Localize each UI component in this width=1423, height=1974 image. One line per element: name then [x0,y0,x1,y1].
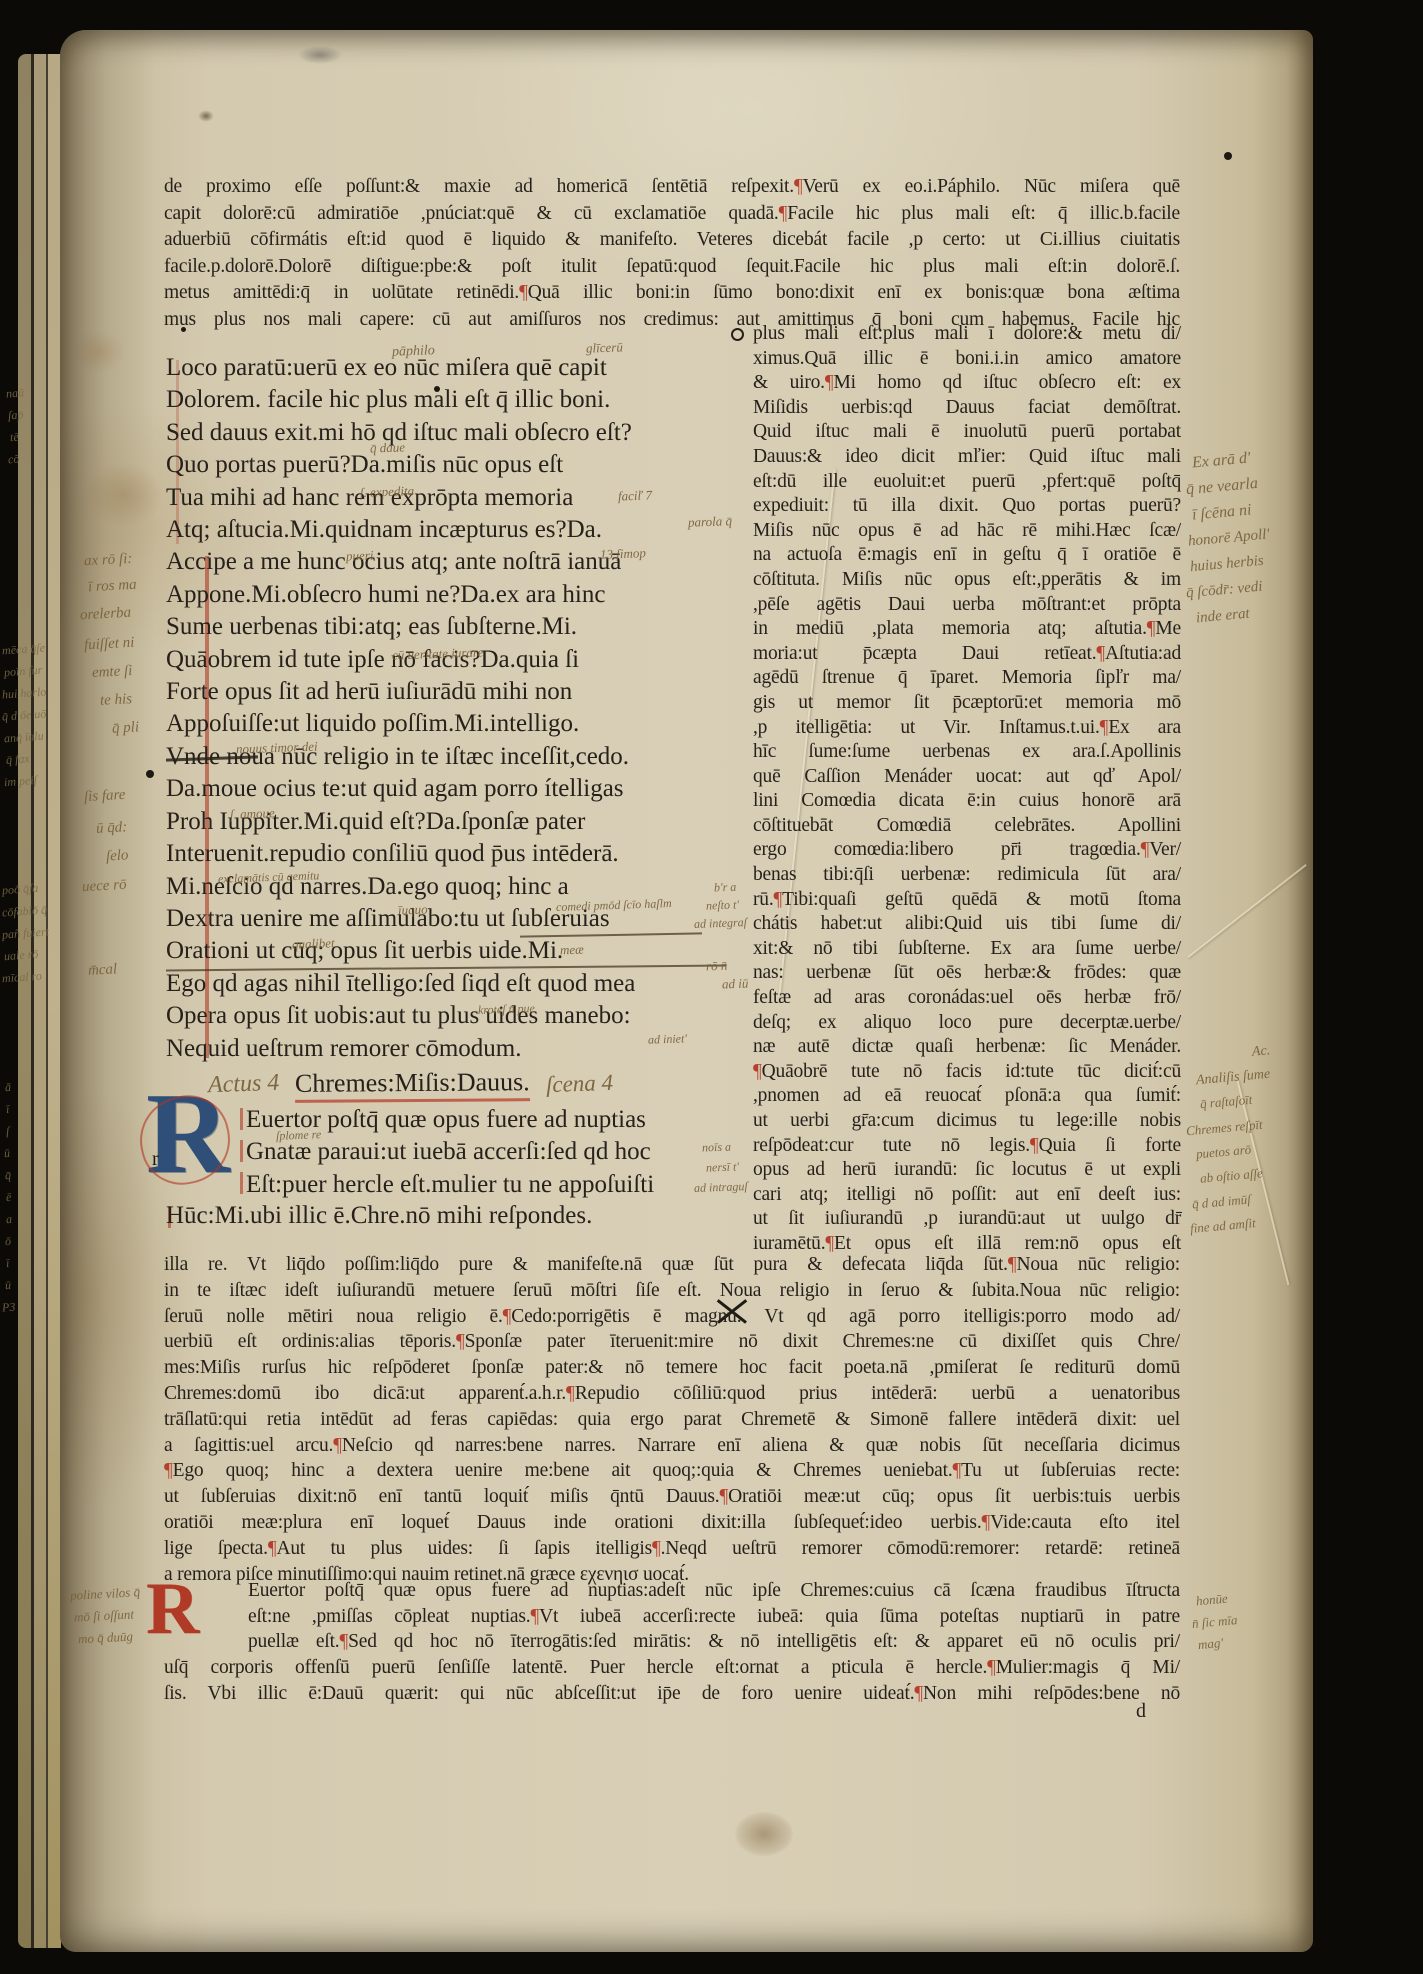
red-capital-stroke [240,1140,243,1162]
edge-gloss: P3 [1,1300,15,1316]
text-line: oratiōi meæ:plura enī loquet́ Dauus inde… [164,1510,1180,1536]
text-line: ,pnomen ad eā reuocat́ pſonā:a qua ſumit… [753,1084,1181,1109]
commentary-bottom-block: illa re. Vt liq̄do poſſim:liq̄do pure & … [164,1252,1180,1587]
text-line: uerbiū eſt ordinis:alias tēporis.¶Sponſæ… [164,1329,1180,1355]
margin-gloss: ſelo [106,847,129,865]
edge-gloss: tē [9,430,19,446]
interlinear-gloss: qualibet [292,935,335,952]
verse-line: Dolorem. facile hic plus mali eſt q̄ ill… [166,384,711,416]
margin-gloss: orelerba [80,605,132,625]
text-line: ſis. Vbi illic ē:Dauū quærit: qui nūc ab… [164,1681,1180,1707]
pilcrow-mark: ¶ [268,1538,277,1559]
edge-gloss: ō [4,1234,11,1249]
text-line: de proximo eſſe poſſunt:& maxie ad homer… [164,174,1180,201]
terence-verse-lastline: Hūc:Mi.ubi illic ē.Chre.nō mihi reſponde… [166,1200,592,1232]
interlinear-gloss: rō n̄ [706,958,728,975]
pilcrow-mark: ¶ [333,1435,342,1456]
edge-gloss: a [5,1212,12,1227]
verse-line: Appone.Mi.obſecro humi ne?Da.ex ara hinc [166,579,711,611]
edge-gloss: mīcal ro [2,969,43,987]
edge-gloss: q̄ fax [6,751,31,768]
edge-gloss: q̄ [4,1168,11,1183]
pilcrow-mark: ¶ [1008,1254,1017,1275]
text-line: eſt:dū ille euoluit:et puerū ,pfert:quē … [753,470,1181,495]
page-edge-strip [34,54,46,1948]
margin-gloss: ſis fare [84,787,126,806]
text-line: hīc ſume:ſume uerbenas ex ara.ſ.Apollini… [753,740,1181,765]
text-line: quē Caſſion Menáder uocat: aut qď Apol/ [753,765,1181,790]
verse-line: Atq; aſtucia.Mi.quidnam incæpturus es?Da… [166,514,711,546]
verse-line: Orationi ut cūq; opus ſit uerbis uide.Mi… [166,935,711,967]
interlinear-gloss: q̄ daue [370,439,406,456]
interlinear-gloss: nersī t' [706,1159,739,1175]
edge-gloss: mēca q̄ſe [2,641,46,659]
margin-gloss: emte ſi [92,663,133,682]
edge-gloss: cōfablō q̄ [2,902,48,920]
pilcrow-mark: ¶ [1096,643,1105,664]
edge-gloss: cō [7,452,19,468]
text-line: plus mali eſt:plus mali ī dolore:& metu … [753,322,1181,347]
red-capital-stroke [240,1172,243,1194]
edge-gloss: hui harlo [2,684,47,702]
margin-gloss: mag' [1197,1635,1223,1653]
pilcrow-mark: ¶ [652,1538,661,1559]
pilcrow-mark: ¶ [503,1306,512,1327]
interlinear-gloss: ad iū [722,976,749,993]
text-line: aduerbiū cōfirmátis eſt:id quod ē liquid… [164,227,1180,254]
verse-line: Appoſuiſſe:ut liquido poſſim.Mi.intellig… [166,708,711,740]
margin-gloss: ī ros ma [88,577,137,597]
text-line: xit:& nō tibi ſubſterne. Ex ara ſume uer… [753,937,1181,962]
catchword: d [1136,1700,1146,1723]
edge-gloss: ſap̄ [7,407,23,423]
final-paragraph-full: uſq̄ corporis offenſū puerū ſenſiſſe lat… [164,1655,1180,1706]
text-line: puellæ eſt.¶Sed qd hoc nō īterrogātis:ſe… [248,1629,1180,1655]
verse-line: Sume uerbenas tibi:atq; eas ſubſterne.Mi… [166,611,711,643]
text-line: & uiro.¶Mi homo qd iſtuc obſecro eſt: ex [753,371,1181,396]
pilcrow-mark: ¶ [779,203,788,224]
text-line: illa re. Vt liq̄do poſſim:liq̄do pure & … [164,1252,1180,1278]
edge-gloss: poō q̄ſa [2,881,39,898]
pilcrow-mark: ¶ [566,1383,575,1404]
pilcrow-mark: ¶ [914,1683,923,1704]
text-line: næ autē dictæ quaſi herbenæ: ſic Menáder… [753,1035,1181,1060]
commentary-top-block: de proximo eſſe poſſunt:& maxie ad homer… [164,174,1180,334]
rubricated-initial-red: R [146,1576,199,1643]
interlinear-gloss: kroteſ n̄ pue [478,1001,535,1018]
text-line: cōſtituebāt Comœdiā celebrātes. Apollini [753,814,1181,839]
text-line: facile.p.dolorē.Dolorē diſtigue:pbe:& po… [164,254,1180,281]
text-line: Chremes:domū ibo dicā:ut apparent́.a.h.r… [164,1381,1180,1407]
pilcrow-mark: ¶ [774,889,783,910]
interlinear-gloss: ad iniet' [648,1031,687,1047]
interlinear-gloss: noīs a [702,1139,732,1155]
text-line: ¶Quāobrē tute nō facis id:tute tūc dicit… [753,1060,1181,1085]
margin-gloss: fuiſſet ni [84,635,135,655]
red-capital-stroke [240,1108,243,1130]
text-line: a ſagittis:uel arcu.¶Neſcio qd narres:be… [164,1433,1180,1459]
interlinear-gloss: cū ueritate iurare [392,644,484,663]
final-paragraph-indented: Euertor poſtq̄ quæ opus fuere ad nuptias… [248,1578,1180,1655]
margin-gloss: ū q̄d: [96,819,128,838]
edge-gloss: poīn fur [4,663,43,681]
text-line: ut ſit iuſiurandū ,p iurandū:aut ut uulg… [753,1207,1181,1232]
interlinear-gloss: b'r a [714,880,737,896]
text-line: chátis habet:ut alibi:Quid uis tibi ſume… [753,912,1181,937]
pilcrow-mark: ¶ [953,1460,962,1481]
margin-gloss: te his [100,691,133,710]
edge-gloss: im peiſ [4,773,38,790]
margin-gloss: m̄cal [88,961,118,980]
margin-gloss: honūe [1195,1591,1228,1610]
ink-dot [1224,152,1232,160]
text-line: Miſidis uerbis:qd Dauus faciat demōſtrat… [753,396,1181,421]
text-line: Miſis nūc opus ē ad hāc rē mihi.Hæc ſcæ/ [753,519,1181,544]
text-line: gis ut memor ſit p̄cæptorū:et memoria mō [753,691,1181,716]
terence-verse-indented: Euertor poſtq̄ quæ opus fuere ad nuptias… [246,1104,726,1201]
pilcrow-mark: ¶ [987,1657,996,1678]
interlinear-gloss: ſplome re [276,1127,322,1144]
text-line: feſtæ ad aras coronádas:uel oēs herbæ fr… [753,986,1181,1011]
edge-gloss: uale rō [4,947,39,964]
pilcrow-mark: ¶ [794,176,803,197]
verse-line: Sed dauus exit.mi hō qd iſtuc mali obſec… [166,417,711,449]
text-line: lini Comœdia dicata ē:in cuius honorē ar… [753,789,1181,814]
margin-gloss: q̄ pli [112,719,140,737]
interlinear-gloss: glīcerū [586,339,623,356]
pilcrow-mark: ¶ [982,1512,991,1533]
text-line: capit dolorē:cū admiratiōe ,pnúciat:quē … [164,201,1180,228]
interlinear-gloss: faciľ 7 [618,487,653,504]
pilcrow-mark: ¶ [530,1606,539,1627]
commentary-right-column: plus mali eſt:plus mali ī dolore:& metu … [753,322,1181,1257]
pilcrow-mark: ¶ [1100,717,1109,738]
edge-gloss: ī [5,1256,9,1271]
pilcrow-mark: ¶ [825,372,834,393]
interlinear-gloss: ad integraſ [694,915,747,932]
interlinear-gloss: ſ. amoue [230,805,275,823]
interlinear-gloss: parola q̄ [688,513,732,531]
text-line: Euertor poſtq̄ quæ opus fuere ad nuptias… [248,1578,1180,1604]
text-line: deſq; ex aliquo loco pure decerptæ.uerbe… [753,1011,1181,1036]
interlinear-gloss: neſto t' [706,897,739,913]
pilcrow-mark: ¶ [339,1631,348,1652]
edge-gloss: ī [5,1102,9,1117]
edge-gloss: naū [5,385,24,401]
pilcrow-mark: ¶ [519,282,528,303]
text-line: mes:Miſis rurſus hic reſpōderet ſponſæ p… [164,1355,1180,1381]
edge-gloss: anq̄ īalu [4,729,45,747]
text-line: eſt:ne ,pmiſſas cōpleat nuptias.¶Vt iube… [248,1604,1180,1630]
pilcrow-mark: ¶ [1141,839,1150,860]
interlinear-gloss: 13 ſimop [600,545,646,563]
verse-line: Ego qd agas nihil ītelligo:ſed ſiqd eſt … [166,968,711,1000]
edge-gloss: q̄ d ōe uō [2,706,47,724]
verse-line: Forte opus ſit ad herū iuſiurādū mihi no… [166,676,711,708]
text-line: ut ſubſeruias dixit:nō enī tantū loquit́… [164,1484,1180,1510]
edge-gloss: ū [3,1146,10,1161]
text-line: lige ſpecta.¶Aut tu plus uides: ſi ſapis… [164,1536,1180,1562]
edge-gloss: ſ [5,1124,9,1139]
text-line: agēdū ſtrenue q̄ īparet. Memoria ſipľr m… [753,666,1181,691]
pilcrow-mark: ¶ [456,1331,465,1352]
pilcrow-mark: ¶ [825,1233,834,1254]
scene-heading-printed: Chremes:Miſis:Dauus. [295,1067,530,1103]
verse-line: Interuenit.repudio conſiliū quod p̄us in… [166,838,711,870]
text-line: reſpōdeat:cur tute nō legis.¶Quia ſi for… [753,1134,1181,1159]
text-line: ,pēſe agētis Daui uerba mōſtrant:et prōp… [753,593,1181,618]
text-line: rū.¶Tibi:quaſi geſtū quēdā & motū ſtoma [753,888,1181,913]
margin-gloss: uece rō [82,877,127,896]
interlinear-gloss: pāphilo [392,343,435,360]
photo-backdrop: de proximo eſſe poſſunt:& maxie ad homer… [0,0,1423,1974]
text-line: na actuoſa ē:magis enī in geſtu q̄ ī ora… [753,543,1181,568]
interlinear-gloss: pueri [346,548,374,565]
interlinear-gloss: nouus timor dei [236,739,318,758]
text-line: moria:ut p̄cæpta Daui retīeat.¶Aſtutia:a… [753,642,1181,667]
guide-letter: r [152,1148,159,1171]
pilcrow-mark: ¶ [1030,1135,1039,1156]
interlinear-gloss: meæ [560,942,584,959]
edge-gloss: ā [4,1080,11,1095]
handwritten-scene-label: ſcena 4 [546,1070,614,1098]
interlinear-gloss: īuquo [398,901,428,918]
margin-gloss: Ac. [1251,1043,1271,1061]
edge-gloss: ē [5,1190,11,1205]
text-line: Quid iſtuc mali ē inuolutū puerū portaba… [753,420,1181,445]
verse-line: Eſt:puer hercle eſt.mulier tu ne appoſui… [246,1169,726,1201]
text-line: cōſtituta. Miſis nūc opus eſt:,pperātis … [753,568,1181,593]
margin-gloss: mō ſi oſſunt [74,1606,135,1625]
text-line: Dauus:& ideo dicit mľier: Quid iſtuc mal… [753,445,1181,470]
margin-gloss: mo q̄ duūg [78,1629,134,1648]
text-line: uſq̄ corporis offenſū puerū ſenſiſſe lat… [164,1655,1180,1681]
text-line: benas tibi:q̄ſi uerbenæ: redimicula ſūt … [753,863,1181,888]
verse-line: Opera opus ſit uobis:aut tu plus uides m… [166,1000,711,1032]
text-line: ergo comœdia:libero pr̄i tragœdia.¶Ver/ [753,838,1181,863]
text-line: ut uerbi gr̄a:cum dicimus tu lege:ille n… [753,1109,1181,1134]
ink-dot [146,770,154,778]
interlinear-gloss: ad intraguſ [694,1179,748,1196]
verse-line: Quo portas puerū?Da.miſis nūc opus eſt [166,449,711,481]
text-line: ¶Ego quoq; hinc a dextera uenire me:bene… [164,1458,1180,1484]
verse-line: Da.moue ocius te:ut quid agam porro ítel… [166,773,711,805]
pilcrow-mark: ¶ [1147,618,1156,639]
pilcrow-mark: ¶ [719,1486,728,1507]
text-line: ximus.Quā illic ē boni.i.in amico amator… [753,347,1181,372]
text-line: nas: uerbenæ ſūt oēs herbæ:& frōdes: quæ [753,961,1181,986]
scene-heading: Actus 4 Chremes:Miſis:Dauus. ſcena 4 [208,1068,613,1102]
text-line: opus ad herū iurandū: ſic locutus ē ut e… [753,1158,1181,1183]
text-line: expediuit: tū illa dixit. Quo portas pue… [753,494,1181,519]
pilcrow-mark: ¶ [164,1460,173,1481]
verse-line: Loco paratū:uerū ex eo nūc miſera quē ca… [166,352,711,384]
text-line: ſeruū nolle mētiri noua religio ē.¶Cedo:… [164,1304,1180,1330]
margin-gloss: ax rō ſi: [84,551,133,571]
text-line: in te iſtæc ideſt iuſiurandū metuere ſer… [164,1278,1180,1304]
edge-gloss: ū [4,1278,11,1293]
interlinear-gloss: ſ. expedita [360,483,415,501]
text-line: trāſlatū:qui retia intēdūt ad feras capi… [164,1407,1180,1433]
text-line: cari atq; itelligi nō poſſit: aut enī de… [753,1183,1181,1208]
terence-verse-column: Loco paratū:uerū ex eo nūc miſera quē ca… [166,352,711,1065]
text-line: ,p itelligētia: ut Vir. Inſtamus.t.ui.¶E… [753,716,1181,741]
verse-line: Nequid ueſtrum remorer cōmodum. [166,1033,711,1065]
text-line: metus amittēdi:q̄ in uolūtate retinēdi.¶… [164,280,1180,307]
pilcrow-mark: ¶ [753,1061,762,1082]
page-edge-strip [18,54,31,1948]
text-line: in mediū ,plata memoria atq; aſtutia.¶Me [753,617,1181,642]
